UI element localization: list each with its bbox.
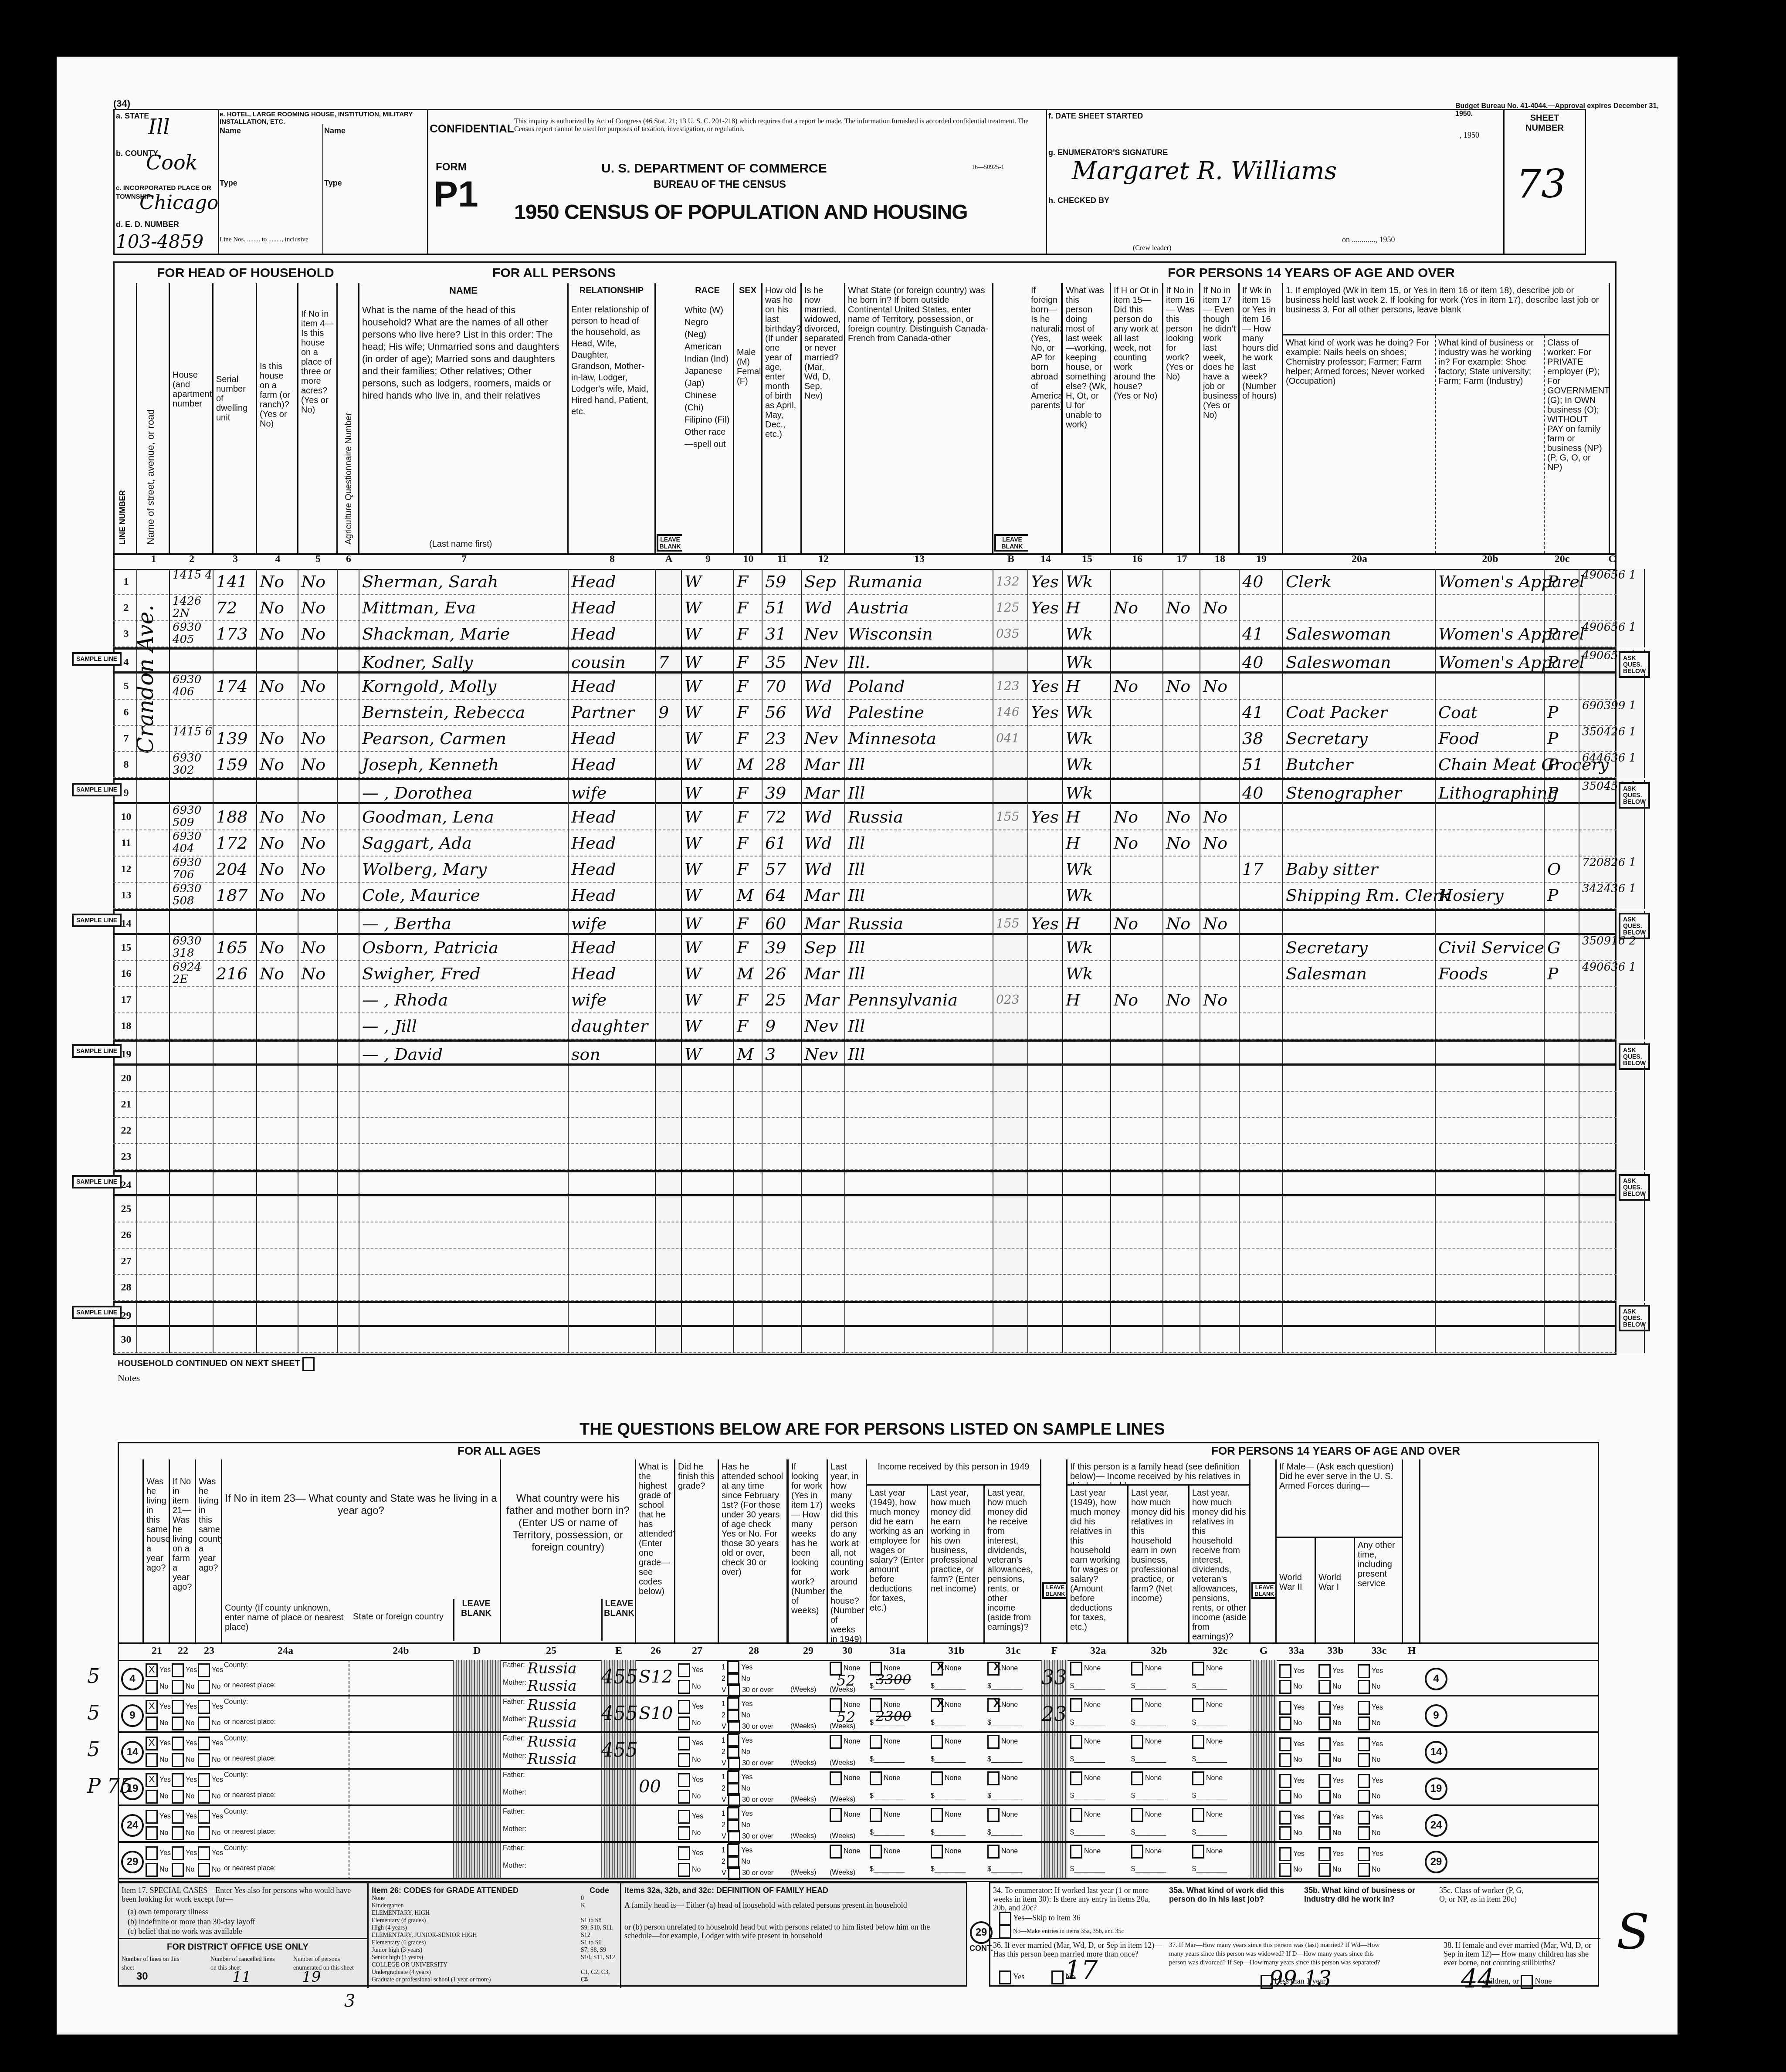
occupation[interactable]: Clerk xyxy=(1283,569,1436,595)
street-cell[interactable] xyxy=(137,1042,170,1068)
leave-blank-b[interactable] xyxy=(993,650,1028,676)
marital-status[interactable] xyxy=(802,1144,845,1170)
q29-weeks[interactable]: (Weeks) xyxy=(790,1832,816,1840)
class-of-worker[interactable] xyxy=(1545,1196,1579,1222)
naturalized[interactable] xyxy=(1028,961,1063,987)
acres-answer[interactable]: No xyxy=(298,569,338,595)
leave-blank-c[interactable] xyxy=(1579,1118,1645,1144)
marital-status[interactable] xyxy=(802,1222,845,1249)
leave-blank-c[interactable]: 350426 1 xyxy=(1579,726,1645,752)
race[interactable]: W xyxy=(682,830,734,857)
q22-yes[interactable]: Yes xyxy=(172,1737,197,1750)
q18-answer[interactable]: No xyxy=(1200,911,1240,937)
industry[interactable]: Hosiery xyxy=(1436,883,1545,909)
q32b-none-checkbox[interactable] xyxy=(1131,1735,1143,1749)
person-name[interactable] xyxy=(359,1092,569,1118)
q23-yes[interactable]: Yes xyxy=(198,1846,223,1860)
relationship[interactable]: Head xyxy=(569,961,656,987)
hours-worked[interactable]: 38 xyxy=(1240,726,1283,752)
person-name[interactable]: — , Rhoda xyxy=(359,987,569,1013)
q33c-yes-checkbox[interactable] xyxy=(1358,1847,1370,1861)
age[interactable]: 72 xyxy=(763,804,802,830)
q33c-yes-checkbox[interactable] xyxy=(1358,1701,1370,1715)
q27-yes-checkbox[interactable] xyxy=(678,1700,690,1714)
leave-blank-a[interactable] xyxy=(656,726,682,752)
activity[interactable] xyxy=(1063,1222,1111,1249)
person-name[interactable] xyxy=(359,1066,569,1092)
street-cell[interactable] xyxy=(137,780,170,806)
q32c-none-checkbox[interactable] xyxy=(1192,1771,1204,1785)
race[interactable]: W xyxy=(682,726,734,752)
age[interactable] xyxy=(763,1222,802,1249)
naturalized[interactable] xyxy=(1028,1249,1063,1275)
q33b-no-checkbox[interactable] xyxy=(1318,1717,1331,1730)
relationship[interactable]: daughter xyxy=(569,1013,656,1039)
sex[interactable]: F xyxy=(734,935,763,961)
relationship[interactable]: cousin xyxy=(569,650,656,676)
q18-answer[interactable] xyxy=(1200,1092,1240,1118)
street-cell[interactable] xyxy=(137,804,170,830)
leave-blank-b[interactable]: 155 xyxy=(993,911,1028,937)
class-of-worker[interactable] xyxy=(1545,830,1579,857)
naturalized[interactable] xyxy=(1028,883,1063,909)
naturalized[interactable] xyxy=(1028,1118,1063,1144)
occupation[interactable] xyxy=(1283,1196,1436,1222)
q31b-none-checkbox[interactable] xyxy=(931,1771,943,1785)
q31c-amount[interactable]: $________ xyxy=(987,1719,1022,1727)
person-name[interactable]: Sherman, Sarah xyxy=(359,569,569,595)
activity[interactable] xyxy=(1063,1042,1111,1068)
q17-answer[interactable] xyxy=(1163,752,1200,778)
q21-no[interactable]: No xyxy=(146,1680,168,1694)
serial-number[interactable]: 165 xyxy=(214,935,257,961)
q27-no-checkbox[interactable] xyxy=(678,1717,690,1730)
agri-number[interactable] xyxy=(338,1013,359,1039)
activity[interactable]: H xyxy=(1063,804,1111,830)
person-name[interactable] xyxy=(359,1303,569,1329)
q23-yes[interactable]: Yes xyxy=(198,1737,223,1750)
leave-blank-b[interactable]: 146 xyxy=(993,700,1028,726)
agri-number[interactable] xyxy=(338,674,359,700)
industry[interactable]: Foods xyxy=(1436,961,1545,987)
q18-answer[interactable] xyxy=(1200,935,1240,961)
leave-blank-b[interactable] xyxy=(993,1066,1028,1092)
agri-number[interactable] xyxy=(338,1092,359,1118)
occupation[interactable]: Coat Packer xyxy=(1283,700,1436,726)
birthplace[interactable]: Ill xyxy=(845,780,993,806)
q32c-none[interactable]: None xyxy=(1192,1662,1223,1676)
hours-worked[interactable] xyxy=(1240,1172,1283,1199)
leave-blank-a[interactable] xyxy=(656,1249,682,1275)
q16-answer[interactable] xyxy=(1111,1013,1163,1039)
q33b-yes[interactable]: Yes xyxy=(1318,1847,1344,1861)
q23-yes[interactable]: Yes xyxy=(198,1810,223,1824)
q31a-value[interactable]: 3300 xyxy=(876,1671,911,1688)
q17-answer[interactable] xyxy=(1163,726,1200,752)
house-number[interactable] xyxy=(170,1327,214,1353)
q21-no[interactable]: No xyxy=(146,1863,168,1877)
q16-answer[interactable] xyxy=(1111,1092,1163,1118)
leave-blank-b[interactable] xyxy=(993,1249,1028,1275)
q16-answer[interactable] xyxy=(1111,1303,1163,1329)
q23-no[interactable]: No xyxy=(198,1680,220,1694)
house-number[interactable] xyxy=(170,1222,214,1249)
q31a-none[interactable]: None xyxy=(870,1808,900,1822)
leave-blank-b[interactable] xyxy=(993,1092,1028,1118)
activity[interactable]: Wk xyxy=(1063,621,1111,647)
person-name[interactable]: Cole, Maurice xyxy=(359,883,569,909)
class-of-worker[interactable]: G xyxy=(1545,935,1579,961)
farm-answer[interactable] xyxy=(257,1303,298,1329)
q32a-none-checkbox[interactable] xyxy=(1070,1698,1082,1712)
q17-answer[interactable] xyxy=(1163,569,1200,595)
q33c-yes[interactable]: Yes xyxy=(1358,1811,1383,1825)
q33c-no-checkbox[interactable] xyxy=(1358,1717,1370,1730)
acres-answer[interactable]: No xyxy=(298,752,338,778)
marital-status[interactable]: Nev xyxy=(802,1013,845,1039)
q27-yes[interactable]: Yes xyxy=(678,1700,703,1714)
q16-answer[interactable] xyxy=(1111,752,1163,778)
hours-worked[interactable]: 41 xyxy=(1240,700,1283,726)
naturalized[interactable] xyxy=(1028,1327,1063,1353)
leave-blank-b[interactable]: 123 xyxy=(993,674,1028,700)
activity[interactable]: H xyxy=(1063,674,1111,700)
agri-number[interactable] xyxy=(338,569,359,595)
q32b-amount[interactable]: $________ xyxy=(1131,1829,1166,1837)
street-cell[interactable] xyxy=(137,1092,170,1118)
race[interactable] xyxy=(682,1222,734,1249)
q31b-none[interactable]: None xyxy=(931,1698,961,1712)
q32c-amount[interactable]: $________ xyxy=(1192,1865,1227,1873)
household-continued-checkbox[interactable] xyxy=(302,1357,315,1371)
farm-answer[interactable] xyxy=(257,1327,298,1353)
serial-number[interactable]: 173 xyxy=(214,621,257,647)
industry[interactable] xyxy=(1436,987,1545,1013)
q18-answer[interactable] xyxy=(1200,883,1240,909)
q28-30-or-over[interactable]: V 30 or over xyxy=(722,1866,773,1880)
q28-30-or-over[interactable]: V 30 or over xyxy=(722,1720,773,1734)
race[interactable] xyxy=(682,1327,734,1353)
leave-blank-b[interactable]: 041 xyxy=(993,726,1028,752)
q32a-none[interactable]: None xyxy=(1070,1771,1101,1785)
sex[interactable]: M xyxy=(734,883,763,909)
age[interactable]: 35 xyxy=(763,650,802,676)
q17-answer[interactable] xyxy=(1163,883,1200,909)
serial-number[interactable] xyxy=(214,1092,257,1118)
q33c-yes[interactable]: Yes xyxy=(1358,1664,1383,1678)
activity[interactable] xyxy=(1063,1066,1111,1092)
q18-answer[interactable] xyxy=(1200,1172,1240,1199)
q36-no-checkbox[interactable] xyxy=(1051,1970,1064,1984)
q31a-none-checkbox[interactable] xyxy=(870,1808,882,1822)
q33c-yes[interactable]: Yes xyxy=(1358,1701,1383,1715)
class-of-worker[interactable]: P xyxy=(1545,780,1579,806)
street-cell[interactable] xyxy=(137,650,170,676)
q17-answer[interactable] xyxy=(1163,1144,1200,1170)
q33c-yes-checkbox[interactable] xyxy=(1358,1664,1370,1678)
serial-number[interactable] xyxy=(214,650,257,676)
class-of-worker[interactable] xyxy=(1545,987,1579,1013)
q28-30-or-over[interactable]: V 30 or over xyxy=(722,1793,773,1807)
q21-yes-checkbox[interactable]: X xyxy=(146,1700,158,1714)
serial-number[interactable] xyxy=(214,1172,257,1199)
q33b-no-checkbox[interactable] xyxy=(1318,1753,1331,1767)
q27-yes-checkbox[interactable] xyxy=(678,1663,690,1677)
q31a-none-checkbox[interactable] xyxy=(870,1845,882,1859)
leave-blank-c[interactable]: 490656 1 xyxy=(1579,621,1645,647)
relationship[interactable] xyxy=(569,1092,656,1118)
leave-blank-b[interactable]: 125 xyxy=(993,595,1028,621)
person-name[interactable]: Saggart, Ada xyxy=(359,830,569,857)
q31c-none[interactable]: None xyxy=(987,1771,1018,1785)
naturalized[interactable] xyxy=(1028,1275,1063,1301)
person-name[interactable]: Pearson, Carmen xyxy=(359,726,569,752)
q17-answer[interactable] xyxy=(1163,780,1200,806)
sex[interactable]: M xyxy=(734,1042,763,1068)
q28-30-checkbox[interactable] xyxy=(728,1793,740,1807)
q31c-none[interactable]: None xyxy=(987,1698,1018,1712)
q32a-none[interactable]: None xyxy=(1070,1845,1101,1859)
q28-30-checkbox[interactable] xyxy=(728,1683,740,1697)
race[interactable]: W xyxy=(682,1013,734,1039)
hours-worked[interactable] xyxy=(1240,935,1283,961)
hours-worked[interactable] xyxy=(1240,1303,1283,1329)
occupation[interactable]: Salesman xyxy=(1283,961,1436,987)
age[interactable] xyxy=(763,1275,802,1301)
agri-number[interactable] xyxy=(338,1042,359,1068)
q33c-no[interactable]: No xyxy=(1358,1826,1380,1840)
birthplace[interactable]: Ill xyxy=(845,752,993,778)
q33a-yes[interactable]: Yes xyxy=(1279,1847,1305,1861)
q27-no-checkbox[interactable] xyxy=(678,1680,690,1694)
q23-yes-checkbox[interactable] xyxy=(198,1737,210,1750)
occupation[interactable] xyxy=(1283,1303,1436,1329)
agri-number[interactable] xyxy=(338,1222,359,1249)
q17-answer[interactable] xyxy=(1163,1042,1200,1068)
q21-no[interactable]: No xyxy=(146,1790,168,1804)
q16-answer[interactable] xyxy=(1111,1066,1163,1092)
q16-answer[interactable] xyxy=(1111,1042,1163,1068)
q22-yes-checkbox[interactable] xyxy=(172,1700,184,1714)
birthplace[interactable]: Rumania xyxy=(845,569,993,595)
q18-answer[interactable] xyxy=(1200,752,1240,778)
q27-no[interactable]: No xyxy=(678,1790,701,1804)
age[interactable]: 25 xyxy=(763,987,802,1013)
q32a-none[interactable]: None xyxy=(1070,1662,1101,1676)
acres-answer[interactable]: No xyxy=(298,621,338,647)
serial-number[interactable] xyxy=(214,1303,257,1329)
serial-number[interactable] xyxy=(214,911,257,937)
q17-answer[interactable]: No xyxy=(1163,987,1200,1013)
q30-none-checkbox[interactable] xyxy=(830,1808,842,1822)
person-name[interactable]: Goodman, Lena xyxy=(359,804,569,830)
q32c-amount[interactable]: $________ xyxy=(1192,1683,1227,1690)
q18-answer[interactable]: No xyxy=(1200,804,1240,830)
q34-no-checkbox[interactable] xyxy=(999,1925,1011,1939)
q17-answer[interactable]: No xyxy=(1163,674,1200,700)
q22-yes[interactable]: Yes xyxy=(172,1846,197,1860)
q31c-none-checkbox[interactable] xyxy=(987,1771,1000,1785)
person-name[interactable]: Bernstein, Rebecca xyxy=(359,700,569,726)
activity[interactable]: H xyxy=(1063,830,1111,857)
q30-none-checkbox[interactable] xyxy=(830,1735,842,1749)
activity[interactable] xyxy=(1063,1327,1111,1353)
q33a-yes-checkbox[interactable] xyxy=(1279,1701,1291,1715)
q28-30-checkbox[interactable] xyxy=(728,1720,740,1734)
farm-answer[interactable]: No xyxy=(257,752,298,778)
occupation[interactable] xyxy=(1283,595,1436,621)
naturalized[interactable] xyxy=(1028,752,1063,778)
naturalized[interactable] xyxy=(1028,987,1063,1013)
marital-status[interactable]: Nev xyxy=(802,621,845,647)
house-number[interactable]: 6930 302 xyxy=(170,752,214,778)
street-cell[interactable] xyxy=(137,883,170,909)
q31c-none-checkbox[interactable] xyxy=(987,1808,1000,1822)
relationship[interactable]: Head xyxy=(569,857,656,883)
birthplace[interactable]: Ill xyxy=(845,961,993,987)
q27-yes[interactable]: Yes xyxy=(678,1810,703,1824)
age[interactable] xyxy=(763,1172,802,1199)
house-number[interactable] xyxy=(170,1118,214,1144)
hours-worked[interactable] xyxy=(1240,1144,1283,1170)
q22-yes[interactable]: Yes xyxy=(172,1663,197,1677)
q17-answer[interactable]: No xyxy=(1163,804,1200,830)
q32b-none[interactable]: None xyxy=(1131,1845,1162,1859)
occupation[interactable]: Secretary xyxy=(1283,935,1436,961)
q33c-yes-checkbox[interactable] xyxy=(1358,1811,1370,1825)
q33b-yes-checkbox[interactable] xyxy=(1318,1847,1331,1861)
farm-answer[interactable] xyxy=(257,1066,298,1092)
farm-answer[interactable]: No xyxy=(257,569,298,595)
naturalized[interactable] xyxy=(1028,1222,1063,1249)
q23-no[interactable]: No xyxy=(198,1790,220,1804)
leave-blank-a[interactable] xyxy=(656,1327,682,1353)
street-cell[interactable] xyxy=(137,1249,170,1275)
q16-answer[interactable] xyxy=(1111,1118,1163,1144)
class-of-worker[interactable] xyxy=(1545,1249,1579,1275)
sex[interactable]: F xyxy=(734,700,763,726)
relationship[interactable]: Head xyxy=(569,752,656,778)
person-name[interactable]: Swigher, Fred xyxy=(359,961,569,987)
q21-yes-checkbox[interactable] xyxy=(146,1846,158,1860)
street-cell[interactable] xyxy=(137,1144,170,1170)
class-of-worker[interactable]: O xyxy=(1545,857,1579,883)
father-birthplace[interactable]: Russia xyxy=(527,1660,577,1677)
q29-weeks[interactable]: (Weeks) xyxy=(790,1869,816,1877)
hours-worked[interactable] xyxy=(1240,1066,1283,1092)
q18-answer[interactable] xyxy=(1200,1196,1240,1222)
occupation[interactable] xyxy=(1283,1172,1436,1199)
q30-none[interactable]: None xyxy=(830,1808,860,1822)
q33c-yes-checkbox[interactable] xyxy=(1358,1774,1370,1788)
house-number[interactable]: 6930 404 xyxy=(170,830,214,857)
house-number[interactable]: 6930 706 xyxy=(170,857,214,883)
agri-number[interactable] xyxy=(338,650,359,676)
age[interactable]: 9 xyxy=(763,1013,802,1039)
street-cell[interactable] xyxy=(137,987,170,1013)
serial-number[interactable]: 216 xyxy=(214,961,257,987)
q22-no-checkbox[interactable] xyxy=(172,1680,184,1694)
q32c-none[interactable]: None xyxy=(1192,1735,1223,1749)
naturalized[interactable]: Yes xyxy=(1028,911,1063,937)
acres-answer[interactable]: No xyxy=(298,830,338,857)
leave-blank-c[interactable] xyxy=(1579,987,1645,1013)
age[interactable]: 31 xyxy=(763,621,802,647)
industry[interactable] xyxy=(1436,1092,1545,1118)
q32c-none[interactable]: None xyxy=(1192,1845,1223,1859)
q33c-yes[interactable]: Yes xyxy=(1358,1737,1383,1751)
hours-worked[interactable]: 51 xyxy=(1240,752,1283,778)
leave-blank-c[interactable] xyxy=(1579,1196,1645,1222)
q31b-none[interactable]: None xyxy=(931,1771,961,1785)
marital-status[interactable]: Wd xyxy=(802,804,845,830)
q18-answer[interactable] xyxy=(1200,1303,1240,1329)
q16-answer[interactable] xyxy=(1111,650,1163,676)
age[interactable] xyxy=(763,1327,802,1353)
q17-answer[interactable] xyxy=(1163,621,1200,647)
q16-answer[interactable] xyxy=(1111,961,1163,987)
q21-no-checkbox[interactable] xyxy=(146,1826,158,1840)
q31a-none[interactable]: None xyxy=(870,1771,900,1785)
q31b-amount[interactable]: $________ xyxy=(931,1683,966,1690)
farm-answer[interactable]: No xyxy=(257,857,298,883)
street-cell[interactable] xyxy=(137,935,170,961)
occupation[interactable] xyxy=(1283,1066,1436,1092)
race[interactable] xyxy=(682,1066,734,1092)
q16-answer[interactable] xyxy=(1111,780,1163,806)
sex[interactable]: M xyxy=(734,961,763,987)
street-cell[interactable] xyxy=(137,595,170,621)
q31c-amount[interactable]: $________ xyxy=(987,1865,1022,1873)
activity[interactable]: H xyxy=(1063,911,1111,937)
q30-none[interactable]: None xyxy=(830,1735,860,1749)
leave-blank-c[interactable] xyxy=(1579,1222,1645,1249)
agri-number[interactable] xyxy=(338,621,359,647)
activity[interactable] xyxy=(1063,1275,1111,1301)
hours-worked[interactable]: 40 xyxy=(1240,780,1283,806)
occupation[interactable] xyxy=(1283,1249,1436,1275)
q17-answer[interactable] xyxy=(1163,1172,1200,1199)
class-of-worker[interactable] xyxy=(1545,1222,1579,1249)
q27-yes[interactable]: Yes xyxy=(678,1846,703,1860)
q33c-no-checkbox[interactable] xyxy=(1358,1790,1370,1804)
acres-answer[interactable] xyxy=(298,1275,338,1301)
q33a-no-checkbox[interactable] xyxy=(1279,1753,1291,1767)
q21-no[interactable]: No xyxy=(146,1717,168,1730)
acres-answer[interactable] xyxy=(298,650,338,676)
agri-number[interactable] xyxy=(338,780,359,806)
q34-no[interactable]: No—Make entries in items 35a, 35b, and 3… xyxy=(999,1925,1124,1939)
q32b-none-checkbox[interactable] xyxy=(1131,1845,1143,1859)
farm-answer[interactable] xyxy=(257,650,298,676)
sex[interactable]: F xyxy=(734,830,763,857)
q32a-amount[interactable]: $________ xyxy=(1070,1719,1105,1727)
agri-number[interactable] xyxy=(338,935,359,961)
q21-yes-checkbox[interactable]: X xyxy=(146,1737,158,1750)
person-name[interactable]: Wolberg, Mary xyxy=(359,857,569,883)
q18-answer[interactable]: No xyxy=(1200,595,1240,621)
q31b-none-checkbox[interactable] xyxy=(931,1845,943,1859)
leave-blank-b[interactable] xyxy=(993,1144,1028,1170)
leave-blank-a[interactable] xyxy=(656,780,682,806)
q36-yes-checkbox[interactable] xyxy=(999,1970,1011,1984)
q30-none[interactable]: None xyxy=(830,1845,860,1859)
serial-number[interactable] xyxy=(214,1249,257,1275)
q27-yes[interactable]: Yes xyxy=(678,1663,703,1677)
occupation[interactable] xyxy=(1283,1013,1436,1039)
activity[interactable] xyxy=(1063,1144,1111,1170)
race[interactable] xyxy=(682,1249,734,1275)
